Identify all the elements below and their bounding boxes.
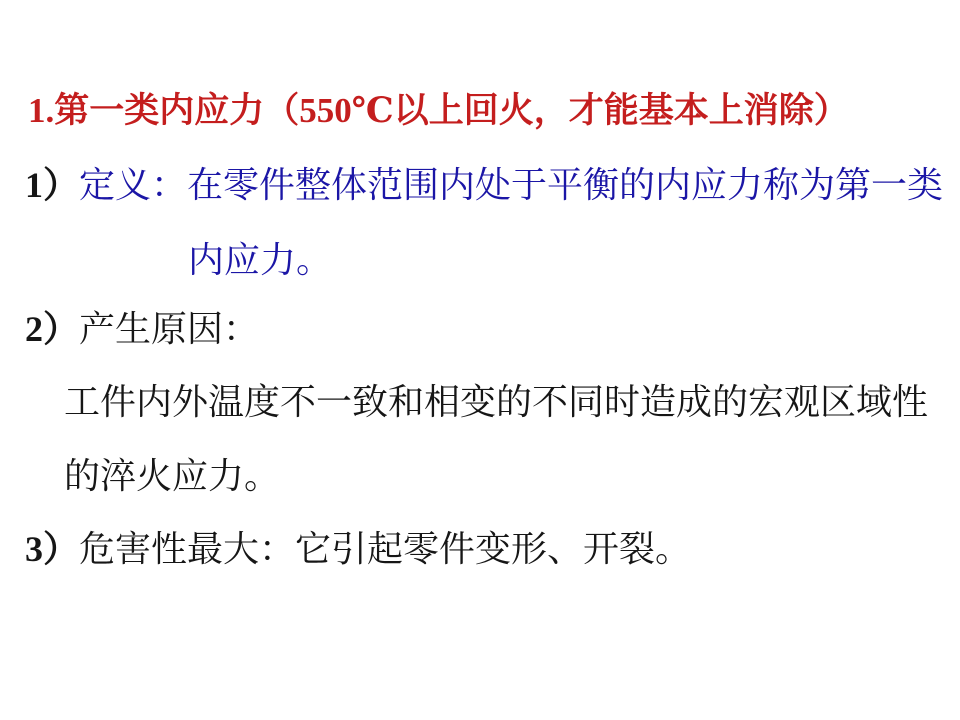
cause-text-line2: 的淬火应力。 [64,457,280,497]
definition-text-line2: 内应力。 [188,241,332,281]
harm-number: 3） [25,529,79,569]
cause-number: 2） [25,309,79,349]
slide-canvas: 1.第一类内应力（550℃以上回火，才能基本上消除） 1）定义：在零件整体范围内… [0,0,960,720]
definition-label: 定义： [79,165,187,205]
definition-number: 1） [25,165,79,205]
cause-heading-line: 2）产生原因： [25,310,259,350]
harm-text: 它引起零件变形、开裂。 [295,529,691,569]
definition-text-line1: 在零件整体范围内处于平衡的内应力称为第一类 [187,165,943,205]
harm-line: 3）危害性最大：它引起零件变形、开裂。 [25,530,691,570]
slide-title: 1.第一类内应力（550℃以上回火，才能基本上消除） [28,92,849,131]
cause-text-line1: 工件内外温度不一致和相变的不同时造成的宏观区域性 [64,383,928,423]
definition-heading-line: 1）定义：在零件整体范围内处于平衡的内应力称为第一类 [25,166,943,206]
cause-label: 产生原因： [79,309,259,349]
harm-label: 危害性最大： [79,529,295,569]
